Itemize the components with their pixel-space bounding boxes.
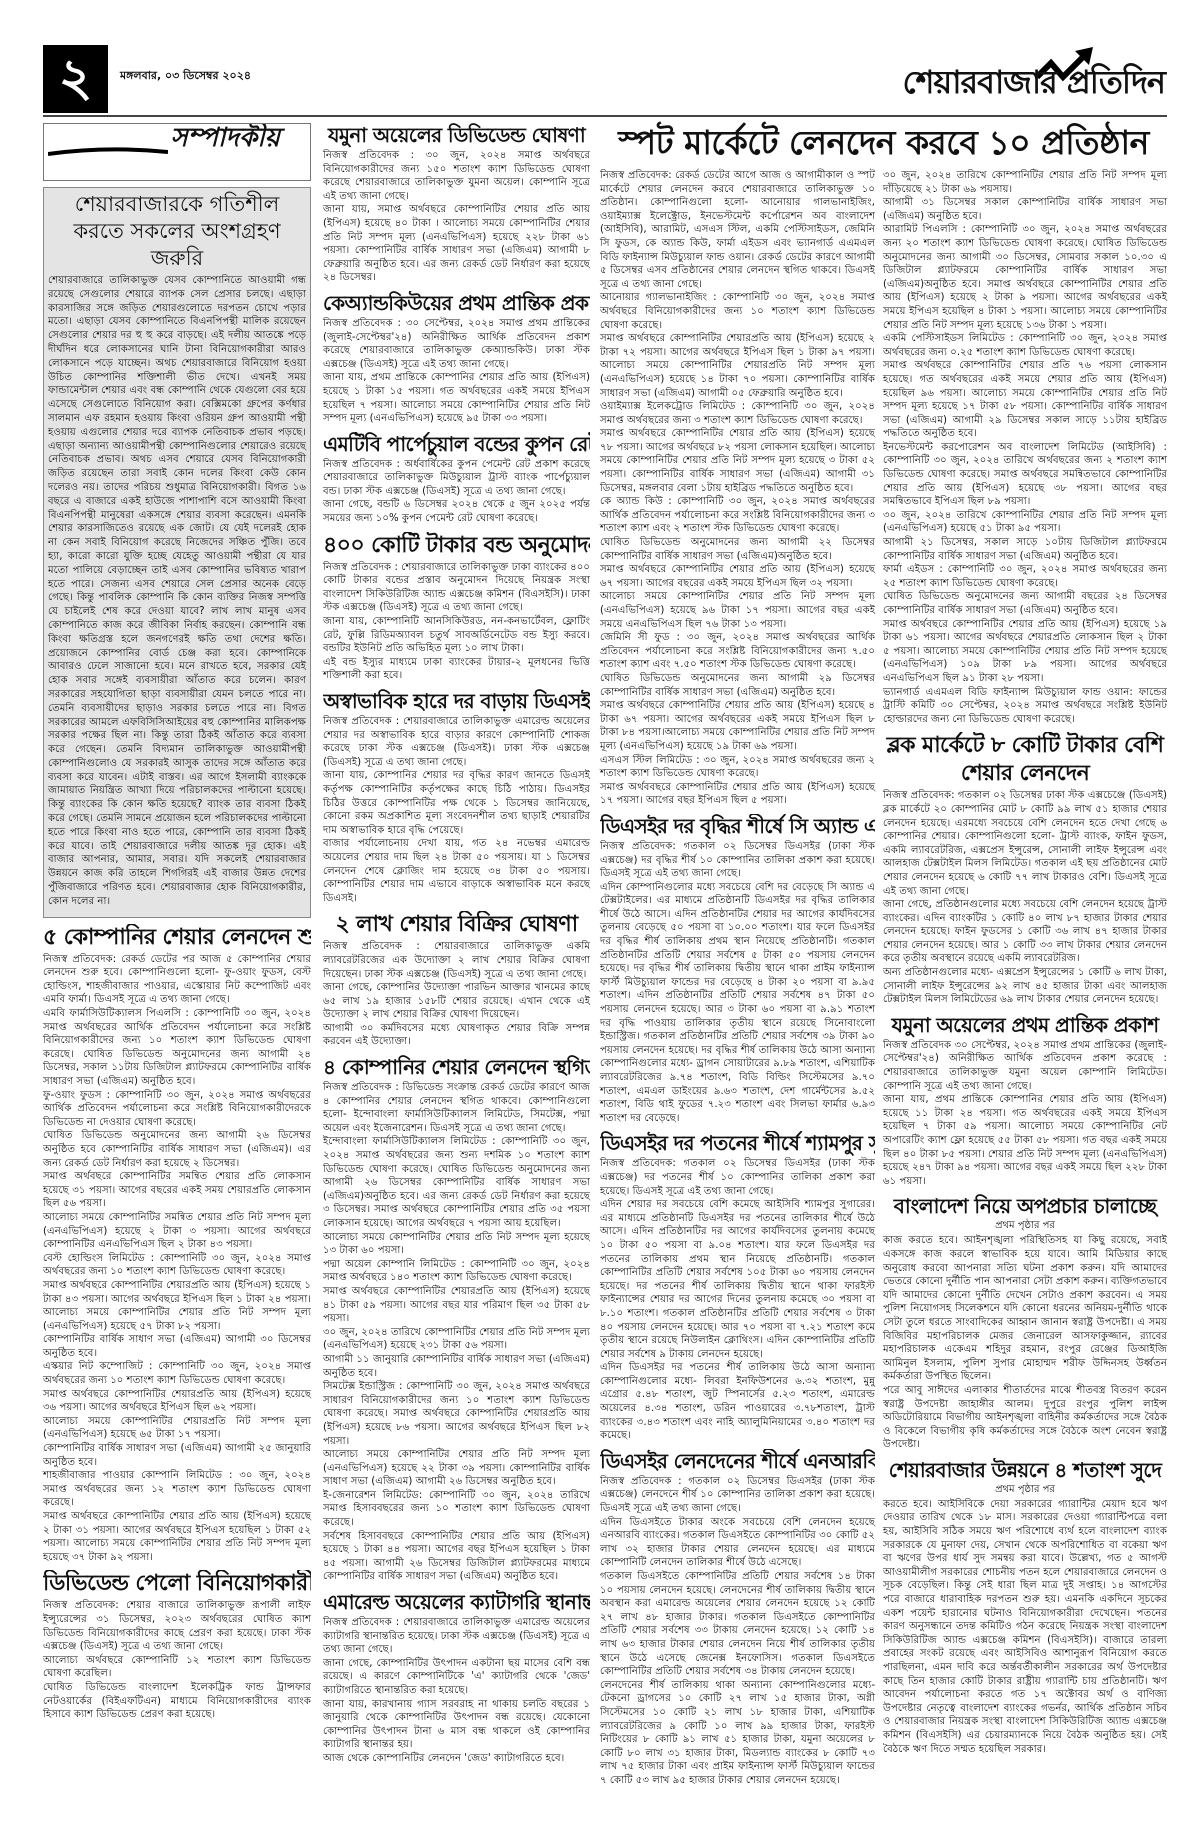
headline-five-companies[interactable]: ৫ কোম্পানির শেয়ার লেনদেন শুরু (43, 924, 311, 952)
paragraph: ভ্যানগার্ড এএমএল বিডি ফাইন্যান্স মিউচ্যু… (883, 686, 1167, 727)
paragraph: গতকাল ডিএসইতে কোম্পানিটির প্রতিটি শেয়ার… (600, 1570, 875, 1679)
paragraph: জানা গেছে, কোম্পানিটির উৎপাদন একটানা ছয়… (323, 1657, 590, 1698)
paragraph: জানা গেছে, কোম্পানির উদ্যোক্তা পারভিন আক… (323, 981, 590, 1022)
paragraph: বেস্ট হোল্ডিংস লিমিটেড : কোম্পানিটি ৩০ জ… (43, 1252, 311, 1279)
paragraph: আগামী ৩০ কর্মদিবসের মধ্যে ঘোষণাকৃত শেয়া… (323, 1022, 590, 1049)
paragraph: সমাপ্ত অর্থবছরে কোম্পানিটির শেয়ার প্রতি… (600, 699, 875, 753)
paragraph: আরামিট পিএলসি : কোম্পানিটি ৩০ জুন, ২০২৪ … (883, 223, 1167, 332)
paragraph: ওয়াইম্যাক্স ইলেকট্রোড লিমিটেড : কোম্পান… (600, 400, 875, 427)
headline-dse-loser[interactable]: ডিএসইর দর পতনের শীর্ষে শ্যামপুর সুগার (600, 1131, 875, 1156)
paragraph: নিজস্ব প্রতিবেদক : শেয়ারবাজারে তালিকাভু… (323, 940, 590, 981)
paragraph: একমি পেস্টিসাইডস লিমিটেড : কোম্পানিটি ৩০… (883, 332, 1167, 359)
paragraph: আলোচ্য সময়ে কোম্পানিটির শেয়ারপ্রতি নিট… (43, 1415, 311, 1442)
paragraph: সমাপ্ত অর্থবছরে কোম্পানিটির সমন্বিত শেয়… (43, 1170, 311, 1211)
editorial-headline: শেয়ারবাজারকে গতিশীল করতে সকলের অংশগ্রহণ… (48, 191, 306, 272)
paragraph: ইন্দোবাংলা ফার্মাসিউটিক্যালস লিমিটেড : ক… (323, 1135, 590, 1230)
lead-headline-spot-market[interactable]: স্পট মার্কেটে লেনদেন করবে ১০ প্রতিষ্ঠান (600, 123, 1167, 163)
paragraph: এস্কয়ার নিট কম্পোজিট : কোম্পানিটি ৩০ জু… (43, 1360, 311, 1387)
paragraph: জানা যায়, কারখানায় গ্যাস সরবরাহ না থাক… (323, 1698, 590, 1752)
paragraph: কোম্পানিটির বার্ষিক সাধাণ সভা (এজিএম) আগ… (43, 1333, 311, 1360)
paragraph: ফু-ওয়াং ফুডস : কোম্পানিটি ৩০ জুন, ২০২৪ … (43, 1089, 311, 1130)
paragraph: পরে আবু সাঈদের এলাকার শীতার্তদের মাঝে শী… (883, 1384, 1167, 1452)
paragraph: আগামী ৩১ ডিসেম্বর সকাল কোম্পানিটির বার্ষ… (883, 196, 1167, 223)
paragraph: আলোচ্য অর্থবছরে কোম্পানিটি ১২ শতাংশ ক্যা… (43, 1654, 311, 1681)
paragraph: লেনদেনের শীর্ষ তালিকায় থাকা অন্যান্য কো… (600, 1679, 875, 1788)
paragraph: সমাপ্ত অর্থবছরে কোম্পানিটির শেয়ারপ্রতি … (43, 1388, 311, 1415)
column-1: সম্পাদকীয় শেয়ারবাজারকে গতিশীল করতে সকল… (43, 123, 311, 1722)
paragraph: সমাপ্ত অর্থবছরে কোম্পানিটির শেয়ার প্রতি… (600, 427, 875, 495)
headline-dse-turnover[interactable]: ডিএসইর লেনদেনের শীর্ষে এনআরবি ব্যাংক (600, 1449, 875, 1474)
headline-kandq-quarter[interactable]: কেঅ্যান্ডকিউয়ের প্রথম প্রান্তিক প্রকাশ (323, 291, 590, 316)
paragraph: সমাপ্ত অর্থবছরে কোম্পানিটির শেয়ারপ্রতি … (43, 1279, 311, 1333)
paragraph: আলোচ্য সময়ে কোম্পানিটির শেয়ার প্রতি নি… (323, 1448, 590, 1489)
paragraph: জানা যায়, প্রথম প্রান্তিকে কোম্পানির শে… (883, 1093, 1167, 1188)
paragraph: নিজস্ব প্রতিবেদক ৩০ সেপ্টেম্বর, ২০২৪ সমা… (883, 1039, 1167, 1093)
paragraph: ঘোষিত ডিভিডেন্ড অনুমোদনের জন্য আগামী ২৬ … (43, 1129, 311, 1170)
newspaper-logo[interactable]: শেয়ারবাজার প্রতিদিন (875, 51, 1165, 111)
paragraph: এদিন কোম্পানিগুলোর মধ্যে সবচেয়ে বেশি দর… (600, 881, 875, 1126)
masthead: ২ মঙ্গলবার, ০৩ ডিসেম্বর ২০২৪ শেয়ারবাজার… (43, 45, 1167, 113)
headline-share-sale[interactable]: ২ লাখ শেয়ার বিক্রির ঘোষণা (323, 911, 590, 939)
paragraph: সমাপ্ত অর্থবছরে কোম্পানিটির শেয়ার প্রতি… (883, 359, 1167, 441)
paragraph: শাহজীবাজার পাওয়ার কোম্পানি লিমিটেড : ৩০… (43, 1469, 311, 1510)
paragraph: নিজস্ব প্রতিবেদক : শেয়ারবাজারে তালিকাভু… (323, 561, 590, 615)
brush-stroke-icon (48, 144, 168, 162)
column-4: ৩০ জুন, ২০২৪ তারিখে কোম্পানিটির শেয়ার প… (883, 169, 1167, 1756)
headline-propaganda[interactable]: বাংলাদেশ নিয়ে অপপ্রচার চালাচ্ছে (883, 1194, 1167, 1219)
paragraph: এদিন শেয়ার দর সবচেয়ে বেশি কমেছে আইসিবি… (600, 1198, 875, 1361)
paragraph: নিজস্ব প্রতিবেদক : শেয়ারবাজারে তালিকাভু… (323, 1616, 590, 1657)
paragraph: ঘোষিত ডিভিডেন্ড বাংলাদেশ ইলেকট্রিক ফান্ড… (43, 1681, 311, 1722)
paragraph: ৩০ জুন, ২০২৪ তারিখে কোম্পানিটির শেয়ার প… (883, 509, 1167, 536)
paragraph: আলোচ্য সময়ে কোম্পানিটির শেয়ার প্রতি নি… (323, 1231, 590, 1258)
paragraph: নিজস্ব প্রতিবেদক: গতকাল ০২ ডিসেম্বর ডিএস… (600, 1157, 875, 1198)
paragraph: আলোচ্য সময়ে কোম্পানিটির শেয়ার প্রতি নি… (600, 590, 875, 631)
paragraph: অন্য প্রতিষ্ঠানগুলোর মধ্যে- এক্সপ্রেস ইন… (883, 966, 1167, 1007)
paragraph: আগামী ২১ ডিসেম্বর, সকাল সাড়ে ১০টায় ডিজ… (883, 536, 1167, 563)
paragraph: সমাপ্ত অর্থবছরে কোম্পানিটির শেয়ার প্রতি… (43, 1510, 311, 1564)
headline-market-loan[interactable]: শেয়ারবাজার উন্নয়নে ৪ শতাংশ সুদে (883, 1458, 1167, 1483)
headline-trade-halt[interactable]: ৪ কোম্পানির শেয়ার লেনদেন স্থগিত (323, 1055, 590, 1080)
paragraph: জানা গেছে, বন্ডটি ৬ ডিসেম্বর ২০২৪ থেকে ৫… (323, 498, 590, 525)
paragraph: এই বন্ড ইস্যুর মাধ্যমে ঢাকা ব্যাংকের টায… (323, 656, 590, 683)
editorial-title: সম্পাদকীয় (171, 132, 280, 146)
paragraph: সমাপ্ত অর্থবছরে কোম্পানিটির শেয়ার প্রতি… (883, 618, 1167, 686)
headline-dse-gainer[interactable]: ডিএসইর দর বৃদ্ধির শীর্ষে সি অ্যান্ড এ টে… (600, 814, 875, 839)
paragraph: নিজস্ব প্রতিবেদক: রেকর্ড ডেটের পর আজ ৫ ক… (43, 953, 311, 1007)
paragraph: সমাপ্ত অর্থববছরে কোম্পানিটির শেয়ার প্রত… (600, 781, 875, 808)
paragraph: এসএস স্টিল লিমিটেড : ৩০ জুন, ২০২৪ সমাপ্ত… (600, 754, 875, 781)
masthead-rule (43, 115, 1167, 117)
headline-bond-400[interactable]: ৪০০ কোটি টাকার বন্ড অনুমোদন (323, 532, 590, 560)
paragraph: ই-জেনারেশন লিমিটেড: কোম্পানিটি ৩০ জুন, ২… (323, 1489, 590, 1530)
paragraph: ঘোষিত ডিভিডেন্ড অনুমোদনের জন্য আগামী ২৯ … (600, 672, 875, 699)
paragraph: ৩০ জুন, ২০২৪ তারিখে কোম্পানিটির শেয়ার প… (883, 169, 1167, 196)
continued-from-front-page: প্রথম পৃষ্ঠার পর (883, 1220, 1167, 1232)
logo-text: শেয়ারবাজার প্রতিদিন (902, 57, 1165, 111)
paragraph: নিজস্ব প্রতিবেদক: শেয়ার বাজারে তালিকাভু… (43, 1599, 311, 1653)
paragraph: নিজস্ব প্রতিবেদক: গতকাল ০২ ডিসেম্বর ঢাকা… (883, 789, 1167, 898)
paragraph: সমাপ্ত অর্থবছরে কোম্পানিটির শেয়ারপ্রতি … (323, 1285, 590, 1326)
paragraph: নিজস্ব প্রতিবেদক: গতকাল ০২ ডিসেম্বর ডিএস… (600, 840, 875, 881)
paragraph: সমাপ্ত অর্থবছরে কোম্পানিটির শেয়ার প্রতি… (600, 563, 875, 590)
paragraph: ঘোষিত ডিভিডেন্ড অনুমোদনের জন্য আগামী ২২ … (600, 536, 875, 563)
paragraph: পদ্মা অয়েল কোম্পানি লিমিটেড : কোম্পানিট… (323, 1258, 590, 1285)
paragraph: সিমটেক্স ইন্ডাস্ট্রিজ : কোম্পানিটি ৩০ জু… (323, 1380, 590, 1448)
headline-jamuna-quarter[interactable]: যমুনা অয়েলের প্রথম প্রান্তিক প্রকাশ (883, 1013, 1167, 1038)
article-five-companies: নিজস্ব প্রতিবেদক: রেকর্ড ডেটের পর আজ ৫ ক… (43, 953, 311, 1565)
paragraph: ইনভেস্টমেন্ট করপোরেশন অব বাংলাদেশ লিমিটে… (883, 441, 1167, 509)
headline-mtb-bond[interactable]: এমটিবি পার্পেচুয়াল বন্ডের কুপন রেট ঘোষণ… (323, 432, 590, 457)
paragraph: কাজ করতে হবে। আইনশৃঙ্খলা পরিস্থিতিসহ যা … (883, 1234, 1167, 1384)
paragraph: আগামী ১১ জানুয়ারি কোম্পানিটির বার্ষিক স… (323, 1353, 590, 1380)
paragraph: জানা যায়, কোম্পানিটি আনসিকিউরড, নন-কনভা… (323, 615, 590, 656)
headline-dividend-received[interactable]: ডিভিডেন্ড পেলো বিনিয়োগকারীরা (43, 1570, 311, 1598)
paragraph: ফার্মা এইডস : কোম্পানিটি ৩০ জুন, ২০২৪ সম… (883, 563, 1167, 590)
paragraph: এমবি ফার্মাসিউটিক্যালস পিএলসি : কোম্পানি… (43, 1007, 311, 1089)
paragraph: আনোয়ার গ্যালভানাইজিং : কোম্পানিটি ৩০ জু… (600, 291, 875, 332)
headline-block-market[interactable]: ব্লক মার্কেটে ৮ কোটি টাকার বেশি শেয়ার ল… (883, 732, 1167, 788)
paragraph: এদিন ডিএসইর দর পতনের শীর্ষ তালিকায় উঠে … (600, 1361, 875, 1443)
paragraph: নিজস্ব প্রতিবেদক : শেয়ারবাজারে তালিকাভু… (323, 715, 590, 769)
paragraph: নিজস্ব প্রতিবেদক: রেকর্ড ডেটের আগে আজ ও … (600, 169, 875, 291)
paragraph: ৩০ জুন, ২০২৪ তারিখে কোম্পানিটির শেয়ার প… (323, 1326, 590, 1353)
editorial-body: শেয়ারবাজারে তালিকাভুক্ত যেসব কোম্পানিতে… (48, 274, 306, 909)
headline-dse-showcause[interactable]: অস্বাভাবিক হারে দর বাড়ায় ডিএসইর শোকজ (323, 689, 590, 714)
paragraph: সর্বশেষ হিসাববছরে কোম্পানিটির শেয়ার প্র… (323, 1530, 590, 1584)
column-2: যমুনা অয়েলের ডিভিডেন্ড ঘোষণা নিজস্ব প্র… (323, 123, 590, 1766)
paragraph: জানা গেছে, প্রতিষ্ঠানগুলোর মধ্যে সবচেয়ে… (883, 898, 1167, 966)
paragraph: নিজস্ব প্রতিবেদক : গতকাল ০২ ডিসেম্বর ডিএ… (600, 1475, 875, 1516)
column-3: নিজস্ব প্রতিবেদক: রেকর্ড ডেটের আগে আজ ও … (600, 169, 875, 1788)
newspaper-page: ২ মঙ্গলবার, ০৩ ডিসেম্বর ২০২৪ শেয়ারবাজার… (43, 45, 1167, 1805)
headline-emerald-category[interactable]: এমারেল্ড অয়েলের ক্যাটাগরি স্থানান্তর (323, 1590, 590, 1615)
headline-jamuna-dividend[interactable]: যমুনা অয়েলের ডিভিডেন্ড ঘোষণা (323, 123, 590, 148)
article-dividend-received: নিজস্ব প্রতিবেদক: শেয়ার বাজারে তালিকাভু… (43, 1599, 311, 1721)
paragraph: বাজার পর্যালোচনায় দেখা যায়, গত ২৪ নভেম… (323, 837, 590, 905)
page-number: ২ (43, 45, 108, 113)
paragraph: নিজস্ব প্রতিবেদক : ৩০ জুন, ২০২৪ সমাপ্ত অ… (323, 149, 590, 203)
paragraph: নিজস্ব প্রতিবেদক : ৩০ সেপ্টেম্বর, ২০২৪ স… (323, 317, 590, 371)
paragraph: জানা যায়, কোম্পানির শেয়ার দর বৃদ্ধির ক… (323, 769, 590, 837)
paragraph: জানা যায়, সমাপ্ত অর্থবছরে কোম্পানিটির শ… (323, 203, 590, 285)
paragraph: আলোচ্য সময়ে কোম্পানিটির সমন্বিত শেয়ার … (43, 1211, 311, 1252)
paragraph: কোম্পানিটির বার্ষিক সাধারণ সভা (এজিএম) আ… (43, 1442, 311, 1469)
editorial-banner: সম্পাদকীয় (43, 123, 311, 181)
paragraph: কে অ্যান্ড কিউ : কোম্পানিটি ৩০ জুন, ২০২৪… (600, 495, 875, 536)
paragraph: নিজস্ব প্রতিবেদক : অর্ধবার্ষিকের কুপন পে… (323, 458, 590, 499)
paragraph: করতে হবে। আইসিবিকে দেয়া সরকারের গ্যারান… (883, 1498, 1167, 1756)
paragraph: এদিন ডিএসইতে টাকার অংকে সবচেয়ে বেশি লেন… (600, 1516, 875, 1570)
paragraph: আজ থেকে কোম্পানিটির লেনদেন 'জেড' ক্যাটাগ… (323, 1752, 590, 1766)
paragraph: জানা যায়, প্রথম প্রান্তিকে কোম্পানির শে… (323, 371, 590, 425)
paragraph: সমাপ্ত অর্থবছরে কোম্পানিটির শেয়ারপ্রতি … (600, 332, 875, 400)
paragraph: নিজস্ব প্রতিবেদক : ডিভিডেন্ড সংক্রান্ত র… (323, 1081, 590, 1135)
continued-from-front-page: প্রথম পৃষ্ঠার পর (883, 1484, 1167, 1496)
paragraph: ঘোষিত ডিভিডেন্ড অনুমোদনের জন্য আগামী বছর… (883, 590, 1167, 617)
issue-date: মঙ্গলবার, ০৩ ডিসেম্বর ২০২৪ (120, 67, 251, 86)
editorial-box: শেয়ারবাজারকে গতিশীল করতে সকলের অংশগ্রহণ… (43, 187, 311, 918)
paragraph: জেমিনি সী ফুড : ৩০ জুন, ২০২৪ সমাপ্ত অর্থ… (600, 631, 875, 672)
